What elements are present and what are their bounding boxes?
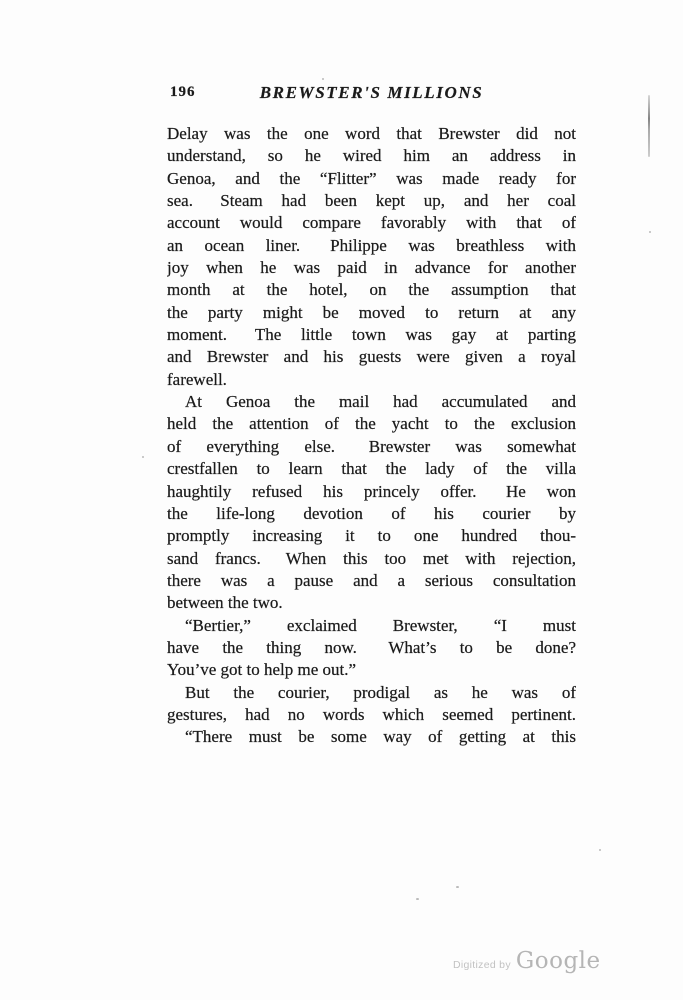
text-line: farewell. xyxy=(167,369,576,391)
text-line: crestfallen to learn that the lady of th… xyxy=(167,458,576,480)
page-number: 196 xyxy=(170,84,196,101)
scan-speck xyxy=(142,456,144,458)
text-line: between the two. xyxy=(167,592,576,614)
text-line: Genoa, and the “Flitter” was made ready … xyxy=(167,168,576,190)
text-line: At Genoa the mail had accumulated and xyxy=(167,391,576,413)
text-line: But the courier, prodigal as he was of xyxy=(167,682,576,704)
text-line: month at the hotel, on the assumption th… xyxy=(167,279,576,301)
scan-artifact-line xyxy=(648,95,650,157)
scan-speck xyxy=(322,78,324,80)
text-line: “There must be some way of getting at th… xyxy=(167,726,576,748)
watermark: Digitized by Google xyxy=(453,948,601,974)
text-line: sea. Steam had been kept up, and her coa… xyxy=(167,190,576,212)
running-header: 196 BREWSTER'S MILLIONS xyxy=(167,83,576,105)
text-line: Delay was the one word that Brewster did… xyxy=(167,123,576,145)
scan-speck xyxy=(416,898,419,900)
text-line: and Brewster and his guests were given a… xyxy=(167,346,576,368)
text-line: the life-long devotion of his courier by xyxy=(167,503,576,525)
text-line: joy when he was paid in advance for anot… xyxy=(167,257,576,279)
text-line: there was a pause and a serious consulta… xyxy=(167,570,576,592)
text-line: promptly increasing it to one hundred th… xyxy=(167,525,576,547)
text-line: an ocean liner. Philippe was breathless … xyxy=(167,235,576,257)
scan-speck xyxy=(456,886,459,888)
text-line: You’ve got to help me out.” xyxy=(167,659,576,681)
text-line: understand, so he wired him an address i… xyxy=(167,145,576,167)
text-line: of everything else. Brewster was somewha… xyxy=(167,436,576,458)
book-page-scan: 196 BREWSTER'S MILLIONS Delay was the on… xyxy=(0,0,683,1000)
text-line: moment. The little town was gay at parti… xyxy=(167,324,576,346)
text-line: held the attention of the yacht to the e… xyxy=(167,413,576,435)
text-line: sand francs. When this too met with reje… xyxy=(167,548,576,570)
scan-speck xyxy=(649,231,651,233)
text-line: haughtily refused his princely offer. He… xyxy=(167,481,576,503)
text-line: account would compare favorably with tha… xyxy=(167,212,576,234)
running-title: BREWSTER'S MILLIONS xyxy=(167,83,576,103)
text-line: gestures, had no words which seemed pert… xyxy=(167,704,576,726)
text-line: have the thing now. What’s to be done? xyxy=(167,637,576,659)
text-line: the party might be moved to return at an… xyxy=(167,302,576,324)
body-text: Delay was the one word that Brewster did… xyxy=(167,123,576,749)
digitized-by-label: Digitized by xyxy=(453,959,511,971)
text-line: “Bertier,” exclaimed Brewster, “I must xyxy=(167,615,576,637)
google-logo: Google xyxy=(516,948,601,974)
scan-speck xyxy=(599,849,601,851)
